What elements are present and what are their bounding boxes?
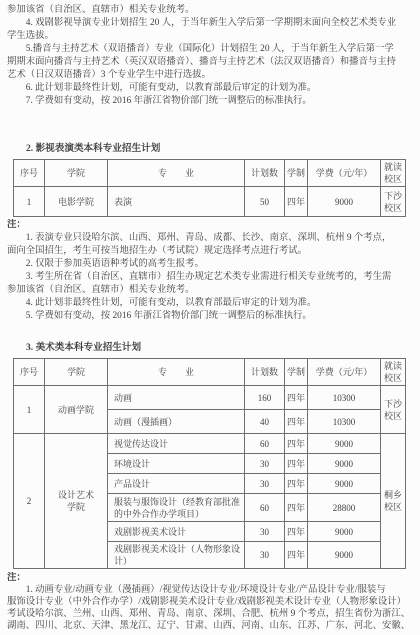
tuition-cell: 9000 [308, 187, 381, 217]
intro-line: 6. 此计划非最终性计划，可能有变动，以教育部最后审定的计划为准。 [7, 82, 414, 95]
note-line: 湖南、四川、北京、天津、黑龙江、辽宁、甘肃、山西、河南、山东、江苏、广东、河北、… [7, 620, 414, 632]
plan-count-cell: 30 [245, 522, 285, 542]
duration-cell: 四年 [285, 494, 308, 522]
note-line: 1. 动画专业/动画专业（漫插画）/视觉传达设计专业/环境设计专业/产品设计专业… [7, 584, 414, 596]
major-cell: 产品设计 [108, 474, 245, 494]
fine-arts-admission-table: 序号 学院 专 业 计划数 学制 学费（元/年） 就读 校区 1 动画学院 动画… [13, 358, 406, 569]
section3-notes: 注： 1. 动画专业/动画专业（漫插画）/视觉传达设计专业/环境设计专业/产品设… [7, 572, 414, 632]
note-line: 参加该省（自治区、直辖市）相关专业统考。 [7, 284, 414, 297]
col-header-serial: 序号 [14, 160, 45, 187]
note-line: 1. 表演专业只设哈尔滨、山西、郑州、青岛、成都、长沙、南京、深圳、杭州 9 个… [7, 232, 414, 245]
col-header-college: 学院 [45, 160, 108, 187]
duration-cell: 四年 [285, 522, 308, 542]
col-header-campus: 就读 校区 [381, 359, 406, 386]
intro-line: 4. 戏剧影视导演专业计划招生 20 人，于当年新生入学后第一学期期末面向全校艺… [7, 17, 414, 30]
note-line: 3. 考生所在省（自治区、直辖市）招生办规定艺术类专业需进行相关专业统考的，考生… [7, 271, 414, 284]
serial-cell: 2 [14, 434, 45, 569]
major-cell: 服装与服饰设计（经教育部批准的中外合作办学项目） [108, 494, 245, 522]
tuition-cell: 9000 [308, 434, 381, 454]
duration-cell: 四年 [285, 187, 308, 217]
college-cell: 动画学院 [45, 386, 108, 434]
intro-line: 参加该省（自治区、直辖市）相关专业统考。 [7, 4, 414, 17]
col-header-plan-count: 计划数 [245, 160, 285, 187]
campus-cell: 下沙 校区 [381, 187, 406, 217]
plan-count-cell: 60 [245, 494, 285, 522]
intro-line: 学生选拔。 [7, 30, 414, 43]
section2-notes: 注： 1. 表演专业只设哈尔滨、山西、郑州、青岛、成都、长沙、南京、深圳、杭州 … [7, 219, 414, 323]
tuition-cell: 9000 [308, 454, 381, 474]
performance-admission-table: 序号 学院 专 业 计划数 学制 学费（元/年） 就读 校区 1 电影学院 表演… [13, 159, 406, 217]
col-header-duration: 学制 [285, 160, 308, 187]
table-header-row: 序号 学院 专 业 计划数 学制 学费（元/年） 就读 校区 [14, 359, 406, 386]
col-header-tuition: 学费（元/年） [308, 160, 381, 187]
note-line: 5. 学费如有变动，按 2016 年浙江省物价部门统一调整后的标准执行。 [7, 310, 414, 323]
tuition-cell: 9000 [308, 474, 381, 494]
table-row: 2 设计艺术 学院 视觉传达设计 60 四年 9000 桐乡 校区 [14, 434, 406, 454]
section2-title: 2. 影视表演类本科专业招生计划 [26, 142, 414, 155]
note-line: 服饰设计专业（中外合作办学）/戏剧影视美术设计专业/戏剧影视美术设计专业（人物形… [7, 596, 414, 608]
duration-cell: 四年 [285, 474, 308, 494]
table-header-row: 序号 学院 专 业 计划数 学制 学费（元/年） 就读 校区 [14, 160, 406, 187]
plan-count-cell: 40 [245, 410, 285, 434]
serial-cell: 1 [14, 187, 45, 217]
note-line: 4. 此计划非最终性计划，可能有变动，以教育部最后审定的计划为准。 [7, 297, 414, 310]
note-line: 面向全国招生，考生可按当地招生办（考试院）规定选择考点进行考试。 [7, 245, 414, 258]
tuition-cell: 9000 [308, 522, 381, 542]
tuition-cell: 9000 [308, 542, 381, 569]
col-header-serial: 序号 [14, 359, 45, 386]
campus-cell: 下沙 校区 [381, 386, 406, 434]
plan-count-cell: 30 [245, 474, 285, 494]
col-header-duration: 学制 [285, 359, 308, 386]
plan-count-cell: 50 [245, 187, 285, 217]
duration-cell: 四年 [285, 542, 308, 569]
duration-cell: 四年 [285, 434, 308, 454]
col-header-campus: 就读 校区 [381, 160, 406, 187]
duration-cell: 四年 [285, 386, 308, 410]
intro-line: 7. 学费如有变动，按 2016 年浙江省物价部门统一调整后的标准执行。 [7, 95, 414, 108]
table-row: 1 动画学院 动画 160 四年 10300 下沙 校区 [14, 386, 406, 410]
major-cell: 表演 [108, 187, 245, 217]
col-header-college: 学院 [45, 359, 108, 386]
plan-count-cell: 160 [245, 386, 285, 410]
document-page: 参加该省（自治区、直辖市）相关专业统考。 4. 戏剧影视导演专业计划招生 20 … [0, 0, 420, 635]
col-header-tuition: 学费（元/年） [308, 359, 381, 386]
col-header-major: 专 业 [108, 160, 245, 187]
intro-line: 艺术（日汉双语播音）3 个专业学生中进行选拔。 [7, 69, 414, 82]
note-line: 2. 仅限于参加英语语种考试的高考生报考。 [7, 258, 414, 271]
tuition-cell: 10300 [308, 386, 381, 410]
notes-label: 注： [7, 572, 414, 584]
serial-cell: 1 [14, 386, 45, 434]
plan-count-cell: 30 [245, 454, 285, 474]
table-row: 1 电影学院 表演 50 四年 9000 下沙 校区 [14, 187, 406, 217]
college-cell: 设计艺术 学院 [45, 434, 108, 569]
major-cell: 动画（漫插画） [108, 410, 245, 434]
note-line: 考试设哈尔滨、兰州、山西、郑州、青岛、南京、深圳、合肥、杭州 9 个考点，招生省… [7, 608, 414, 620]
col-header-plan-count: 计划数 [245, 359, 285, 386]
major-cell: 戏剧影视美术设计（人物形象设计） [108, 542, 245, 569]
plan-count-cell: 30 [245, 542, 285, 569]
tuition-cell: 28800 [308, 494, 381, 522]
major-cell: 视觉传达设计 [108, 434, 245, 454]
college-cell: 电影学院 [45, 187, 108, 217]
notes-label: 注： [7, 219, 414, 232]
plan-count-cell: 60 [245, 434, 285, 454]
intro-paragraphs: 参加该省（自治区、直辖市）相关专业统考。 4. 戏剧影视导演专业计划招生 20 … [7, 4, 414, 108]
intro-line: 期期末面向播音与主持艺术（英汉双语播音）、播音与主持艺术（法汉双语播音）和播音与… [7, 56, 414, 69]
tuition-cell: 10300 [308, 410, 381, 434]
section3-title: 3. 美术类本科专业招生计划 [26, 341, 414, 354]
intro-line: 5.播音与主持艺术（双语播音）专业（国际化）计划招生 20 人，于当年新生入学后… [7, 43, 414, 56]
major-cell: 动画 [108, 386, 245, 410]
duration-cell: 四年 [285, 410, 308, 434]
campus-cell: 桐乡 校区 [381, 434, 406, 569]
col-header-major: 专 业 [108, 359, 245, 386]
duration-cell: 四年 [285, 454, 308, 474]
major-cell: 戏剧影视美术设计 [108, 522, 245, 542]
major-cell: 环境设计 [108, 454, 245, 474]
